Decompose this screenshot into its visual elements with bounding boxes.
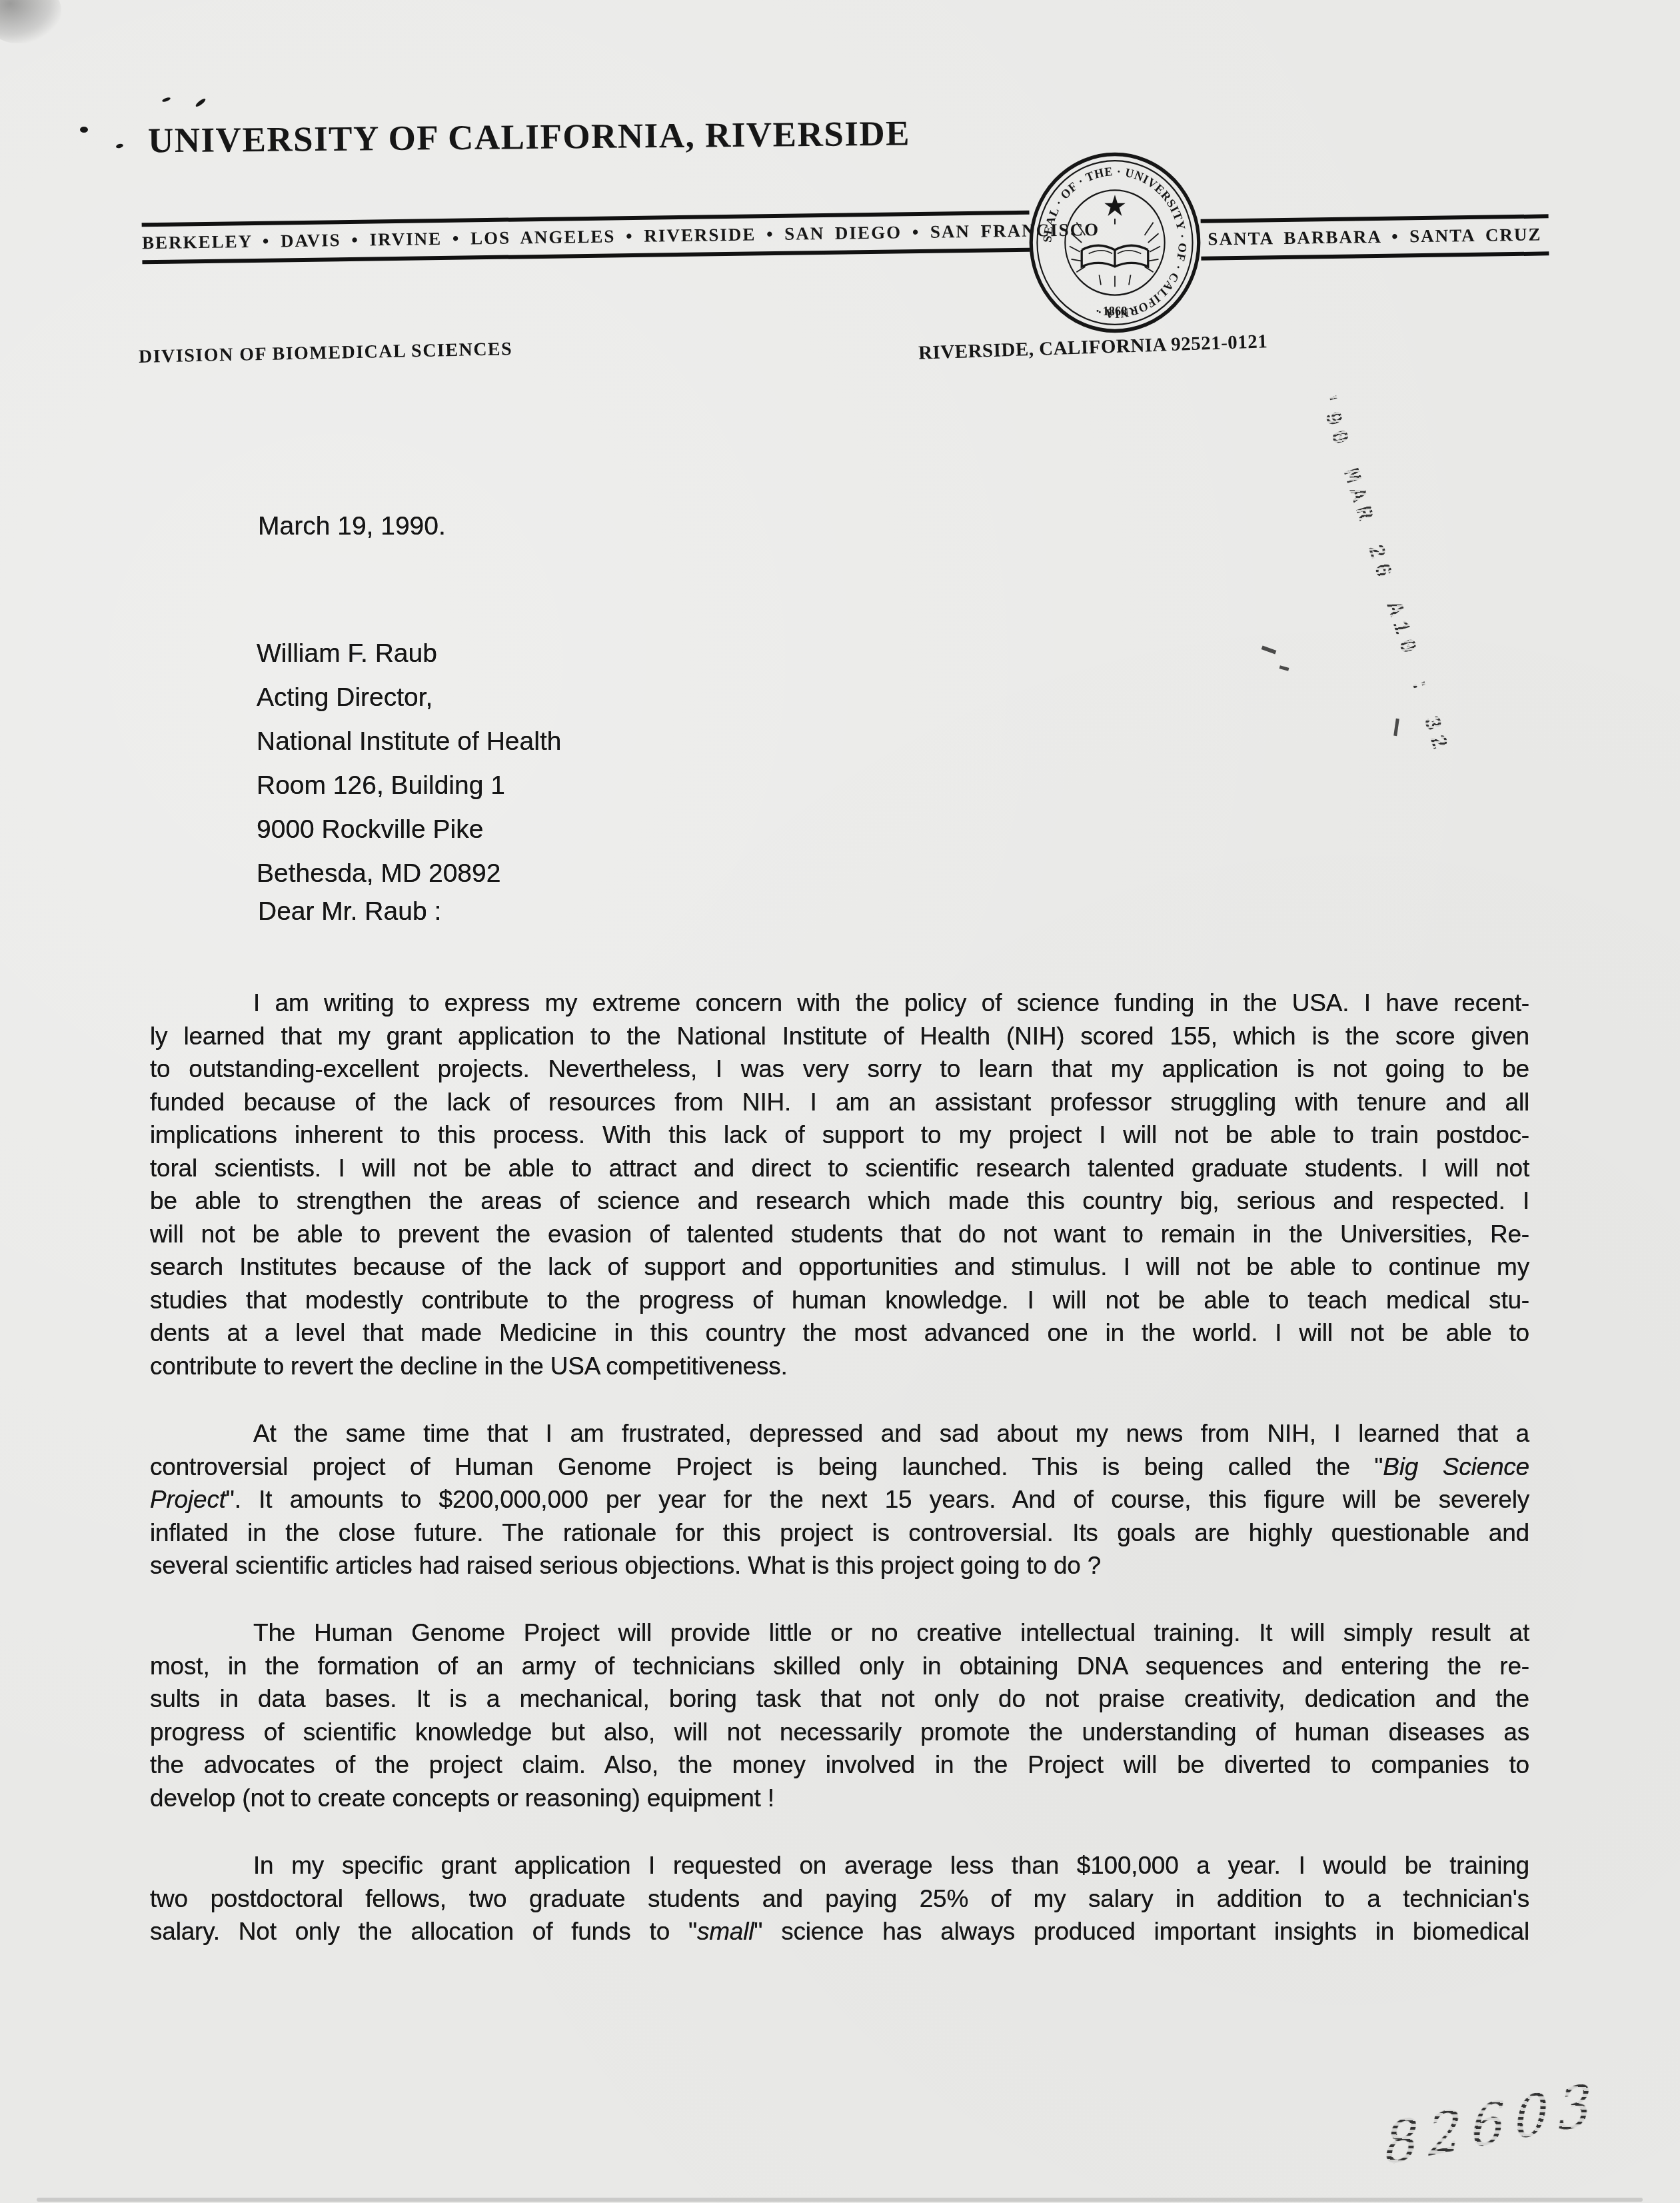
- university-seal: SEAL · OF · THE · UNIVERSITY · OF · CALI…: [1028, 151, 1202, 335]
- seal-ring-text-label: SEAL · OF · THE · UNIVERSITY · OF · CALI…: [1041, 165, 1190, 321]
- seal-star-icon: [1104, 195, 1125, 224]
- letterhead-university-title: UNIVERSITY OF CALIFORNIA, RIVERSIDE: [148, 114, 911, 161]
- scanned-letter-page: UNIVERSITY OF CALIFORNIA, RIVERSIDE BERK…: [0, 0, 1680, 2203]
- paragraph-1: I am writing to express my extreme conce…: [150, 987, 1529, 1382]
- letterhead-city-line: RIVERSIDE, CALIFORNIA 92521-0121: [918, 331, 1268, 364]
- body-line: toral scientists. I will not be able to …: [150, 1152, 1529, 1185]
- body-line: The Human Genome Project will provide li…: [150, 1616, 1529, 1650]
- recipient-line: Acting Director,: [257, 676, 561, 720]
- recipient-line: Room 126, Building 1: [257, 764, 561, 808]
- body-line: to outstanding-excellent projects. Never…: [150, 1053, 1529, 1086]
- scan-speck: [115, 143, 123, 149]
- body-line: At the same time that I am frustrated, d…: [150, 1417, 1529, 1450]
- body-line: most, in the formation of an army of tec…: [150, 1650, 1529, 1683]
- italic-phrase: Project: [150, 1486, 226, 1513]
- campus-list-left: BERKELEY • DAVIS • IRVINE • LOS ANGELES …: [142, 219, 1100, 253]
- letterhead-campus-band-left: BERKELEY • DAVIS • IRVINE • LOS ANGELES …: [142, 211, 1030, 265]
- body-line: ly learned that my grant application to …: [150, 1020, 1529, 1053]
- body-line: the advocates of the project claim. Also…: [150, 1748, 1529, 1782]
- scan-edge-shadow: [37, 2198, 1643, 2202]
- body-line: sults in data bases. It is a mechanical,…: [150, 1682, 1529, 1716]
- body-line: progress of scientific knowledge but als…: [150, 1716, 1529, 1749]
- scan-speck: [1261, 645, 1277, 654]
- scan-speck: [1393, 719, 1399, 736]
- scan-speck: [195, 97, 207, 108]
- body-line: be able to strengthen the areas of scien…: [150, 1184, 1529, 1218]
- letter-date: March 19, 1990.: [258, 512, 446, 541]
- body-line: studies that modestly contribute to the …: [150, 1284, 1529, 1317]
- scan-smudge: [0, 0, 61, 43]
- seal-year-label: · 1868 ·: [1096, 305, 1134, 319]
- scan-speck: [162, 97, 171, 103]
- recipient-line: Bethesda, MD 20892: [257, 852, 561, 896]
- body-line: two postdoctoral fellows, two graduate s…: [150, 1882, 1529, 1916]
- campus-list-right: SANTA BARBARA • SANTA CRUZ: [1208, 225, 1541, 249]
- recipient-line: 9000 Rockville Pike: [257, 808, 561, 852]
- letterhead-campus-band-right: SANTA BARBARA • SANTA CRUZ: [1201, 214, 1549, 260]
- body-line: dents at a level that made Medicine in t…: [150, 1316, 1529, 1350]
- body-line: will not be able to prevent the evasion …: [150, 1218, 1529, 1251]
- recipient-line: William F. Raub: [257, 632, 561, 676]
- paragraph-4: In my specific grant application I reque…: [150, 1849, 1529, 1948]
- body-line: develop (not to create concepts or reaso…: [150, 1782, 1529, 1815]
- letterhead-division: DIVISION OF BIOMEDICAL SCIENCES: [139, 339, 513, 368]
- body-line: search Institutes because of the lack of…: [150, 1250, 1529, 1284]
- body-line: inflated in the close future. The ration…: [150, 1516, 1529, 1550]
- salutation: Dear Mr. Raub :: [258, 897, 441, 927]
- scan-speck: [80, 127, 88, 133]
- italic-phrase: small: [697, 1918, 754, 1945]
- body-line: controversial project of Human Genome Pr…: [150, 1450, 1529, 1484]
- body-line: In my specific grant application I reque…: [150, 1849, 1529, 1882]
- seal-open-book-icon: [1082, 245, 1148, 267]
- handwritten-number: 82603: [1384, 2072, 1601, 2178]
- italic-phrase: Big Science: [1383, 1453, 1529, 1480]
- scan-speck: [1279, 665, 1289, 671]
- body-line: I am writing to express my extreme conce…: [150, 987, 1529, 1020]
- recipient-address-block: William F. Raub Acting Director, Nationa…: [257, 632, 561, 896]
- body-line: implications inherent to this process. W…: [150, 1118, 1529, 1152]
- paragraph-3: The Human Genome Project will provide li…: [150, 1616, 1529, 1814]
- body-line: salary. Not only the allocation of funds…: [150, 1915, 1529, 1948]
- body-line: several scientific articles had raised s…: [150, 1549, 1529, 1582]
- received-date-stamp: '90 MAR 26 A10 : 32: [1312, 390, 1453, 759]
- paragraph-2: At the same time that I am frustrated, d…: [150, 1417, 1529, 1582]
- body-line: Project". It amounts to $200,000,000 per…: [150, 1483, 1529, 1516]
- seal-mid-ring: [1037, 161, 1192, 325]
- recipient-line: National Institute of Health: [257, 720, 561, 764]
- body-line: funded because of the lack of resources …: [150, 1086, 1529, 1119]
- body-line: contribute to revert the decline in the …: [150, 1350, 1529, 1383]
